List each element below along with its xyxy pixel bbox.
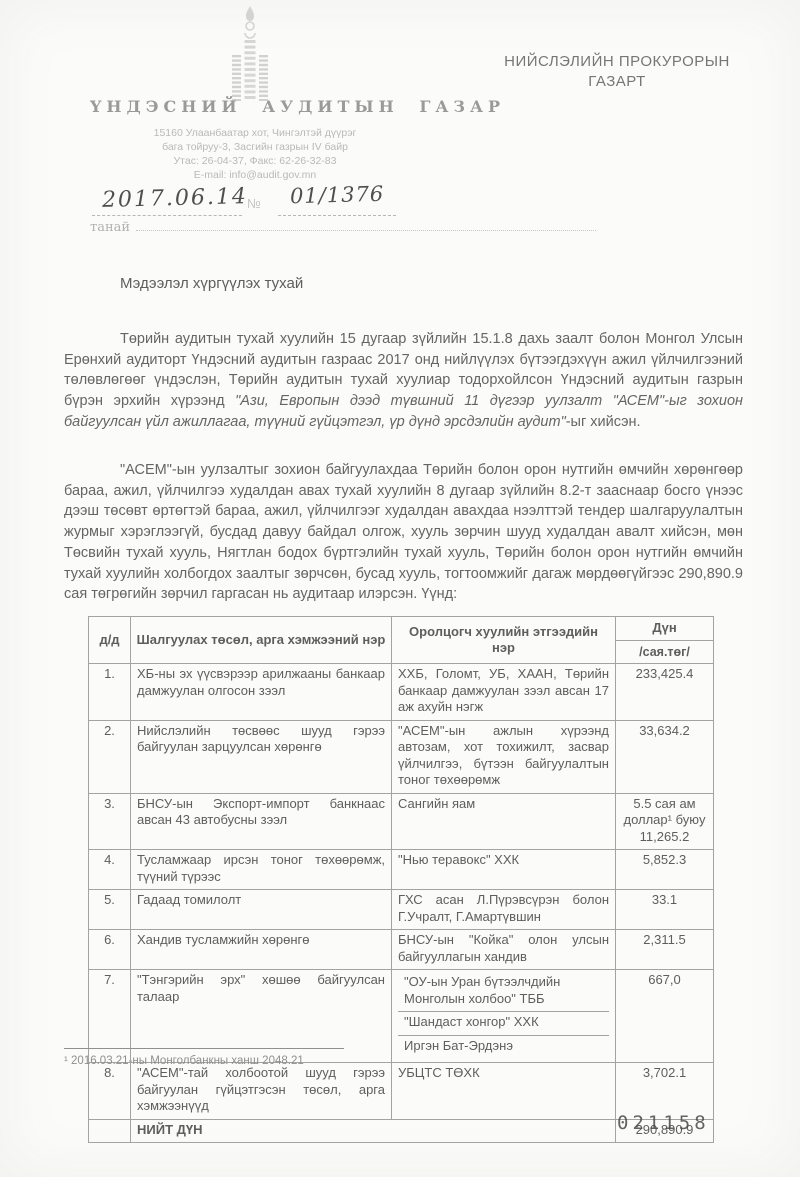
table-row: 8. "АСЕМ"-тай холбоотой шууд гэрээ байгу… bbox=[89, 1063, 714, 1120]
row-project: Хандив тусламжийн хөрөнгө bbox=[131, 930, 392, 970]
body-paragraph-2: "АСЕМ"-ын уулзалтыг зохион байгуулахдаа … bbox=[64, 460, 743, 605]
header-amount: Дүн bbox=[616, 617, 714, 641]
table-row: 4. Тусламжаар ирсэн тоног төхөөрөмж, түү… bbox=[89, 850, 714, 890]
row-amount: 33,634.2 bbox=[616, 720, 714, 793]
row-project: Тусламжаар ирсэн тоног төхөөрөмж, түүний… bbox=[131, 850, 392, 890]
row-amount: 2,311.5 bbox=[616, 930, 714, 970]
total-empty-cell bbox=[89, 1119, 131, 1143]
table-row: 2. Нийслэлийн төсвөөс шууд гэрээ байгуул… bbox=[89, 720, 714, 793]
addressee-label: танай bbox=[90, 220, 130, 235]
row-party: "АСЕМ"-ын ажлын хүрээнд автозам, хот тох… bbox=[392, 720, 616, 793]
row-party: БНСУ-ын "Койка" олон улсын байгууллагын … bbox=[392, 930, 616, 970]
date-underline bbox=[92, 215, 242, 216]
row-party: "Нью теравокс" ХХК bbox=[392, 850, 616, 890]
row-party: Иргэн Бат-Эрдэнэ bbox=[398, 1036, 609, 1059]
row-no: 1. bbox=[89, 664, 131, 721]
recipient-line-1: НИЙСЛЭЛИЙН ПРОКУРОРЫН bbox=[462, 52, 772, 72]
row-project: "АСЕМ"-тай холбоотой шууд гэрээ байгуула… bbox=[131, 1063, 392, 1120]
row-party-list: "ОУ-ын Уран бүтээлчдийн Монголын холбоо"… bbox=[392, 970, 616, 1063]
footnote-text: ¹ 2016.03.21-ны Монголбанкны ханш 2048.2… bbox=[64, 1055, 304, 1067]
row-project: ХБ-ны эх үүсвэрээр арилжааны банкаар дам… bbox=[131, 664, 392, 721]
row-party: "Шандаст хонгор" ХХК bbox=[398, 1012, 609, 1036]
row-amount: 233,425.4 bbox=[616, 664, 714, 721]
row-party: Сангийн яам bbox=[392, 793, 616, 850]
row-no: 4. bbox=[89, 850, 131, 890]
handwritten-date: 2017.06.14 bbox=[102, 184, 249, 213]
org-address-block: 15160 Улаанбаатар хот, Чингэлтэй дүүрэг … bbox=[90, 126, 420, 182]
footnote-rule bbox=[64, 1048, 344, 1049]
subject-line: Мэдээлэл хүргүүлэх тухай bbox=[120, 275, 303, 292]
total-label: НИЙТ ДҮН bbox=[131, 1119, 616, 1143]
paragraph1-tail: -ыг хийсэн. bbox=[566, 414, 641, 430]
row-amount: 33.1 bbox=[616, 890, 714, 930]
org-address-line: E-mail: info@audit.gov.mn bbox=[90, 168, 420, 182]
table-row: 5. Гадаад томилолт ГХС асан Л.Пүрэвсүрэн… bbox=[89, 890, 714, 930]
table-row: 6. Хандив тусламжийн хөрөнгө БНСУ-ын "Ко… bbox=[89, 930, 714, 970]
scanned-letter-page: НИЙСЛЭЛИЙН ПРОКУРОРЫН ГАЗАРТ ҮНДЭСНИЙ АУ… bbox=[0, 0, 800, 1177]
row-party: УБЦТС ТӨХК bbox=[392, 1063, 616, 1120]
org-address-line: Утас: 26-04-37, Факс: 62-26-32-83 bbox=[90, 154, 420, 168]
addressee-line: танай bbox=[90, 218, 670, 235]
addressee-fill-line bbox=[136, 218, 596, 231]
row-party: ХХБ, Голомт, УБ, ХААН, Төрийн банкаар да… bbox=[392, 664, 616, 721]
org-address-line: 15160 Улаанбаатар хот, Чингэлтэй дүүрэг bbox=[90, 126, 420, 140]
recipient-block: НИЙСЛЭЛИЙН ПРОКУРОРЫН ГАЗАРТ bbox=[462, 52, 772, 92]
row-project: БНСУ-ын Экспорт-импорт банкнаас авсан 43… bbox=[131, 793, 392, 850]
number-symbol: № bbox=[247, 196, 261, 211]
row-project: Гадаад томилолт bbox=[131, 890, 392, 930]
audit-office-emblem-icon bbox=[232, 3, 268, 103]
row-no: 3. bbox=[89, 793, 131, 850]
row-amount: 5,852.3 bbox=[616, 850, 714, 890]
stamped-page-number: 021158 bbox=[617, 1112, 710, 1134]
header-project: Шалгуулах төсөл, арга хэмжээний нэр bbox=[131, 617, 392, 664]
org-address-line: бага тойруу-3, Засгийн газрын IV байр bbox=[90, 140, 420, 154]
row-no: 6. bbox=[89, 930, 131, 970]
org-name: ҮНДЭСНИЙ АУДИТЫН ГАЗАР bbox=[90, 97, 435, 116]
row-project: Нийслэлийн төсвөөс шууд гэрээ байгуулан … bbox=[131, 720, 392, 793]
row-no: 5. bbox=[89, 890, 131, 930]
table-row: 1. ХБ-ны эх үүсвэрээр арилжааны банкаар … bbox=[89, 664, 714, 721]
handwritten-outgoing-number: 01/1376 bbox=[290, 182, 385, 208]
row-party: "ОУ-ын Уран бүтээлчдийн Монголын холбоо"… bbox=[398, 972, 609, 1012]
row-no: 8. bbox=[89, 1063, 131, 1120]
recipient-line-2: ГАЗАРТ bbox=[462, 72, 772, 92]
header-party: Оролцогч хуулийн этгээдийн нэр bbox=[392, 617, 616, 664]
row-amount: 667,0 bbox=[616, 970, 714, 1063]
header-no: д/д bbox=[89, 617, 131, 664]
row-amount: 5.5 сая ам доллар¹ буюу 11,265.2 bbox=[616, 793, 714, 850]
table-header-row: д/д Шалгуулах төсөл, арга хэмжээний нэр … bbox=[89, 617, 714, 641]
body-paragraph-1: Төрийн аудитын тухай хуулийн 15 дугаар з… bbox=[64, 329, 743, 433]
row-amount: 3,702.1 bbox=[616, 1063, 714, 1120]
header-amount-unit: /сая.төг/ bbox=[616, 640, 714, 664]
number-underline bbox=[278, 215, 396, 216]
row-no: 2. bbox=[89, 720, 131, 793]
row-party: ГХС асан Л.Пүрэвсүрэн болон Г.Учралт, Г.… bbox=[392, 890, 616, 930]
table-row: 3. БНСУ-ын Экспорт-импорт банкнаас авсан… bbox=[89, 793, 714, 850]
